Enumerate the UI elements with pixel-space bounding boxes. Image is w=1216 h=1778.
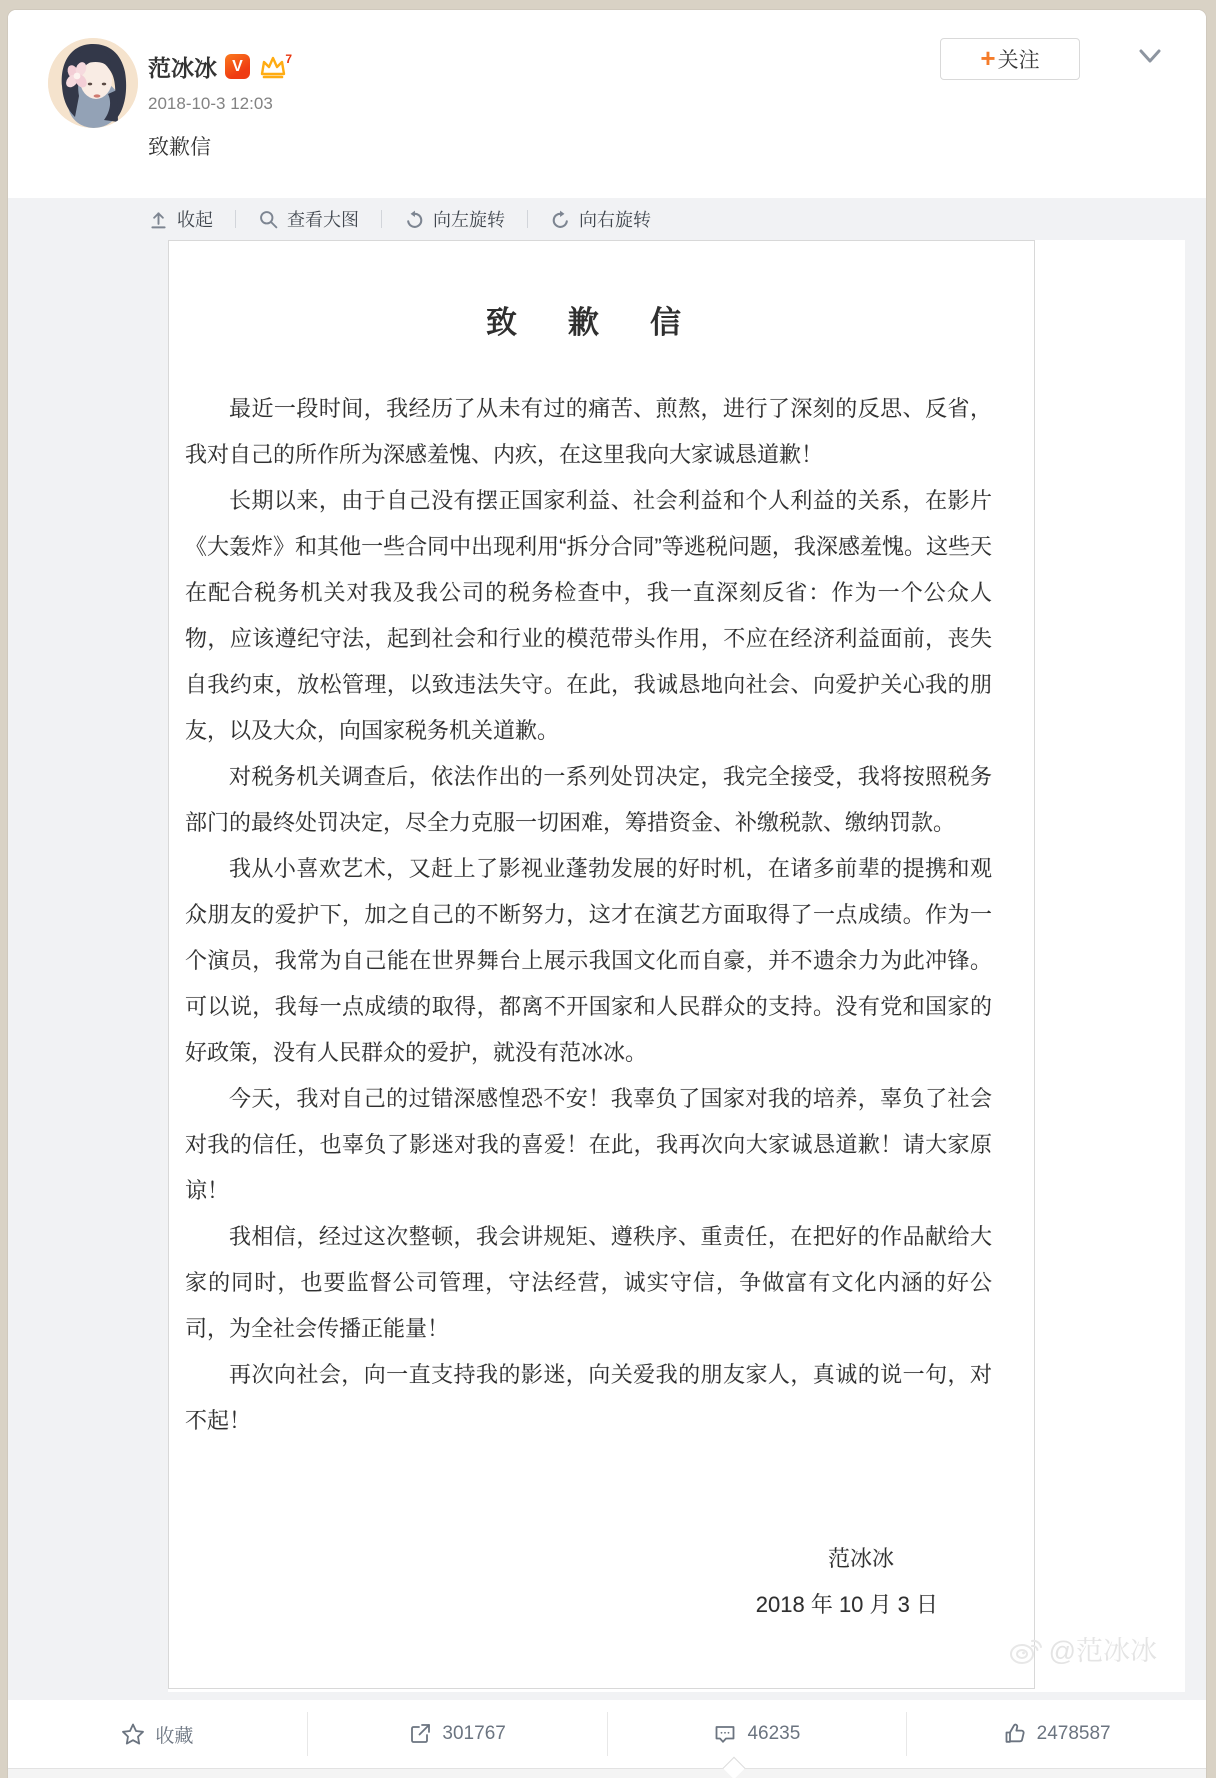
chevron-down-icon[interactable]: [1137, 46, 1163, 66]
collapse-button[interactable]: 收起: [148, 206, 213, 232]
comment-count: 46235: [747, 1723, 800, 1745]
letter-paragraph: 今天，我对自己的过错深感惶恐不安！我辜负了国家对我的培养，辜负了社会对我的信任，…: [185, 1076, 992, 1214]
letter-signature-block: 范冰冰 2018 年 10 月 3 日: [185, 1536, 992, 1628]
toolbar-divider: [527, 210, 528, 228]
collect-button[interactable]: 收藏: [8, 1700, 307, 1768]
follow-button-label: 关注: [998, 44, 1040, 74]
image-toolbar: 收起 查看大图 向左旋转 向右旋转: [8, 198, 1206, 240]
comment-button[interactable]: 46235: [608, 1700, 907, 1768]
post-timestamp: 2018-10-3 12:03: [148, 94, 288, 114]
star-icon: [121, 1722, 145, 1746]
rotate-right-icon: [550, 209, 571, 230]
letter-title: 致 歉 信: [185, 297, 992, 342]
comment-icon: [713, 1722, 737, 1746]
letter-paragraph: 我从小喜欢艺术，又赶上了影视业蓬勃发展的好时机，在诸多前辈的提携和观众朋友的爱护…: [185, 846, 992, 1076]
letter-image[interactable]: 致 歉 信 最近一段时间，我经历了从未有过的痛苦、煎熬，进行了深刻的反思、反省，…: [168, 240, 1185, 1692]
letter-paragraph: 再次向社会，向一直支持我的影迷，向关爱我的朋友家人，真诚的说一句，对不起！: [185, 1352, 992, 1444]
toolbar-divider: [381, 210, 382, 228]
collapse-label: 收起: [177, 206, 213, 232]
rotate-right-button[interactable]: 向右旋转: [550, 206, 651, 232]
view-large-button[interactable]: 查看大图: [258, 206, 359, 232]
collapse-icon: [148, 209, 169, 230]
signature-date: 2018 年 10 月 3 日: [185, 1582, 992, 1628]
follow-button[interactable]: + 关注: [940, 38, 1080, 80]
plus-icon: +: [980, 45, 995, 71]
magnifier-icon: [258, 209, 279, 230]
repost-icon: [408, 1722, 432, 1746]
post-text: 致歉信: [148, 131, 288, 161]
avatar[interactable]: [48, 38, 138, 128]
comments-section-top: [8, 1768, 1206, 1778]
letter-paragraph: 对税务机关调查后，依法作出的一系列处罚决定，我完全接受，我将按照税务部门的最终处…: [185, 754, 992, 846]
rotate-left-icon: [404, 209, 425, 230]
signature-name: 范冰冰: [185, 1536, 992, 1582]
rotate-left-label: 向左旋转: [433, 206, 505, 232]
repost-button[interactable]: 301767: [308, 1700, 607, 1768]
collect-label: 收藏: [155, 1721, 193, 1748]
action-bar: 收藏 301767 46235: [8, 1700, 1206, 1768]
repost-count: 301767: [442, 1723, 505, 1745]
letter-paragraph: 我相信，经过这次整顿，我会讲规矩、遵秩序、重责任，在把好的作品献给大家的同时，也…: [185, 1214, 992, 1352]
rotate-left-button[interactable]: 向左旋转: [404, 206, 505, 232]
view-large-label: 查看大图: [287, 206, 359, 232]
letter-paragraph: 最近一段时间，我经历了从未有过的痛苦、煎熬，进行了深刻的反思、反省，我对自己的所…: [185, 386, 992, 478]
avatar-image: [48, 38, 138, 128]
letter-paper: 致 歉 信 最近一段时间，我经历了从未有过的痛苦、煎熬，进行了深刻的反思、反省，…: [168, 240, 1035, 1689]
verified-v-icon: V: [225, 54, 250, 79]
post-header: 范冰冰 V 7 2018-10-3 12:03 致歉信 + 关注: [8, 10, 1206, 198]
like-count: 2478587: [1037, 1723, 1111, 1745]
rotate-right-label: 向右旋转: [579, 206, 651, 232]
weibo-post-card: 范冰冰 V 7 2018-10-3 12:03 致歉信 + 关注: [8, 10, 1206, 1778]
thumb-up-icon: [1003, 1722, 1027, 1746]
username[interactable]: 范冰冰: [148, 50, 217, 83]
letter-paragraph: 长期以来，由于自己没有摆正国家利益、社会利益和个人利益的关系，在影片《大轰炸》和…: [185, 478, 992, 754]
watermark-text: @范冰冰: [1049, 1629, 1157, 1668]
like-button[interactable]: 2478587: [907, 1700, 1206, 1768]
media-area: 致 歉 信 最近一段时间，我经历了从未有过的痛苦、煎熬，进行了深刻的反思、反省，…: [8, 240, 1206, 1700]
vip-crown-icon: 7: [258, 54, 288, 80]
toolbar-divider: [235, 210, 236, 228]
vip-level: 7: [285, 52, 292, 66]
